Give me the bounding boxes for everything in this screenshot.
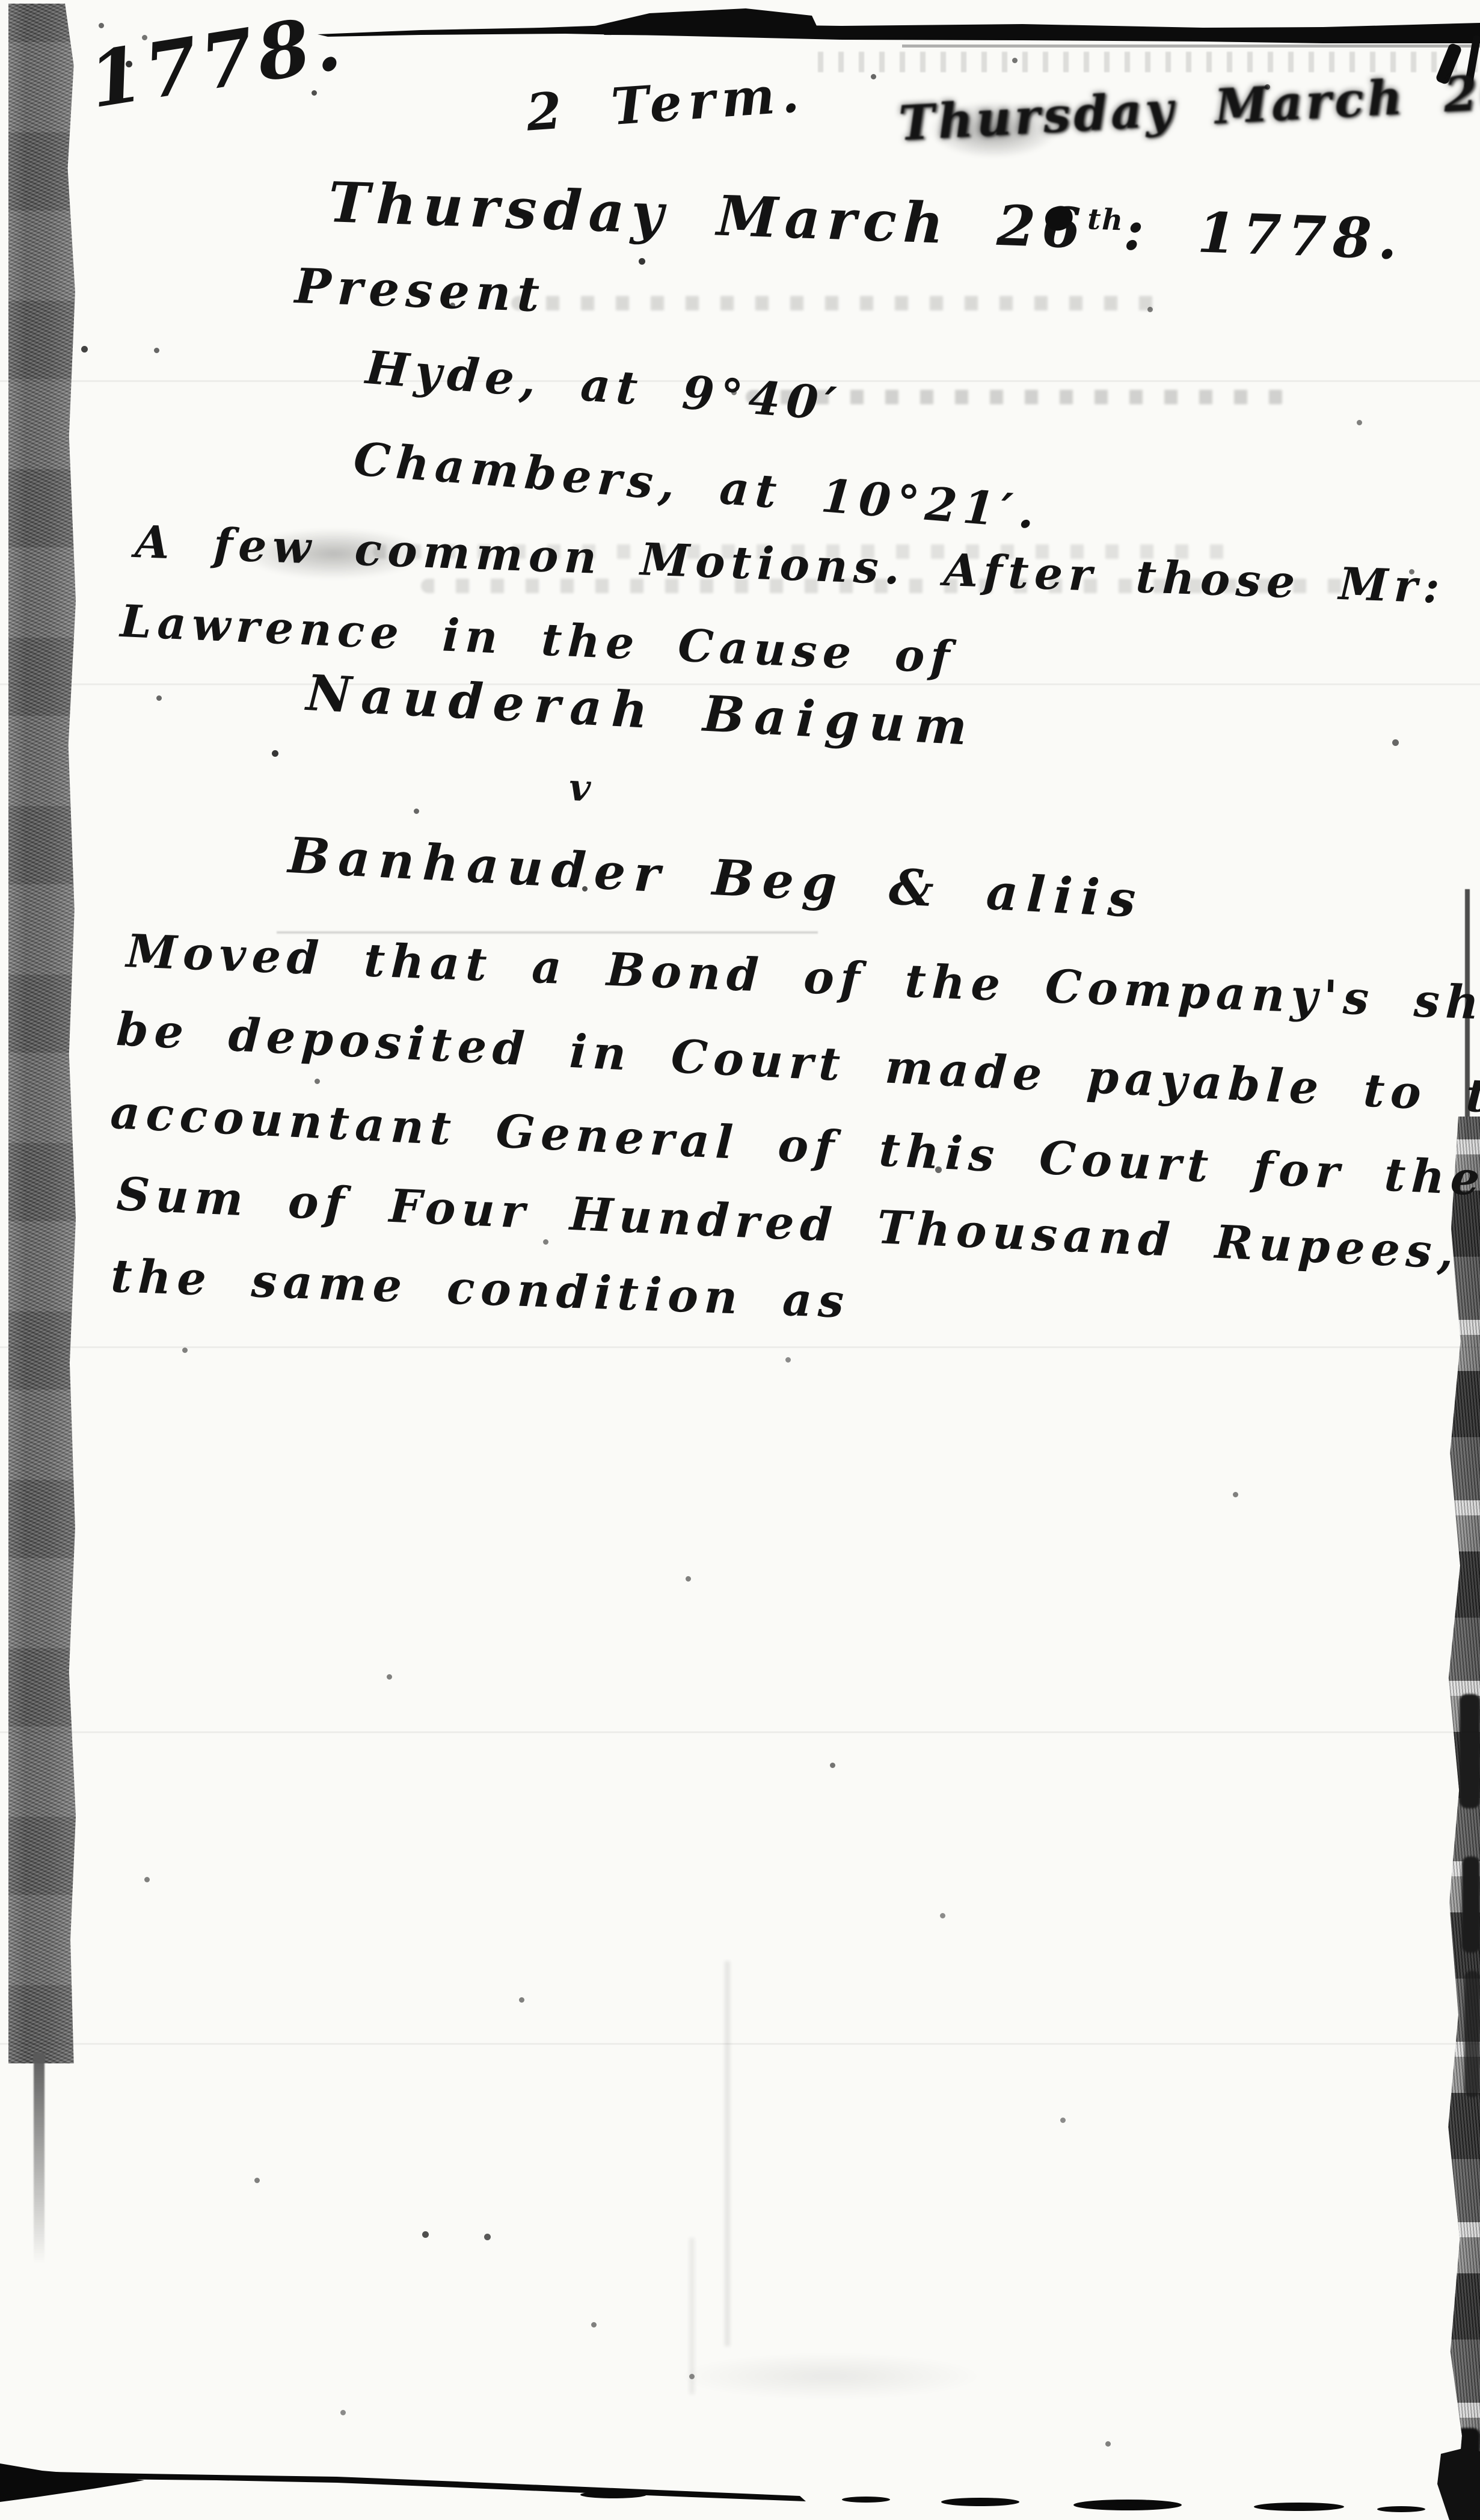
ink-stain <box>1464 1971 1480 2097</box>
scan-line <box>0 1731 1480 1733</box>
right-edge-scan-artifact <box>1444 1117 1480 2520</box>
present-label: Present <box>294 257 547 322</box>
bottom-edge-scan-artifact <box>0 2442 1480 2520</box>
attendance-judge-chambers: Chambers, at 10°21′. <box>352 432 1042 540</box>
scan-line <box>0 683 1480 685</box>
faint-streak <box>689 2238 695 2394</box>
title-date: Thursday March 26th: 1778. <box>327 170 1405 272</box>
ink-stain <box>1462 1856 1480 1953</box>
order-line-5: the same condition as <box>110 1249 851 1328</box>
title-date-ordinal: th <box>1087 202 1125 237</box>
faint-smudge <box>674 2352 986 2400</box>
ink-stain <box>1460 1694 1480 1808</box>
attendance-judge-hyde: Hyde, at 9°40′ <box>364 340 844 431</box>
left-edge-scan-artifact-tail <box>34 2053 45 2263</box>
scan-line <box>0 2043 1480 2045</box>
counsel-line: Lawrence in the Cause of <box>119 596 956 684</box>
faint-streak <box>725 1961 730 2346</box>
versus-mark: v <box>568 765 597 810</box>
defendant-name: Banhauder Beg & aliis <box>287 827 1146 929</box>
motions-line: A few common Motions. After those Mr: <box>134 516 1446 614</box>
title-date-year: : 1778. <box>1123 197 1405 272</box>
dust-speckles <box>0 0 3 3</box>
scan-line <box>0 1346 1480 1348</box>
bleed-through-row <box>511 296 1161 310</box>
manuscript-page: 1778. 2 Term. Thursday March 26th. Thurs… <box>0 0 1480 2520</box>
left-edge-scan-artifact <box>8 4 76 2063</box>
title-date-text: Thursday March 26 <box>327 170 1088 261</box>
